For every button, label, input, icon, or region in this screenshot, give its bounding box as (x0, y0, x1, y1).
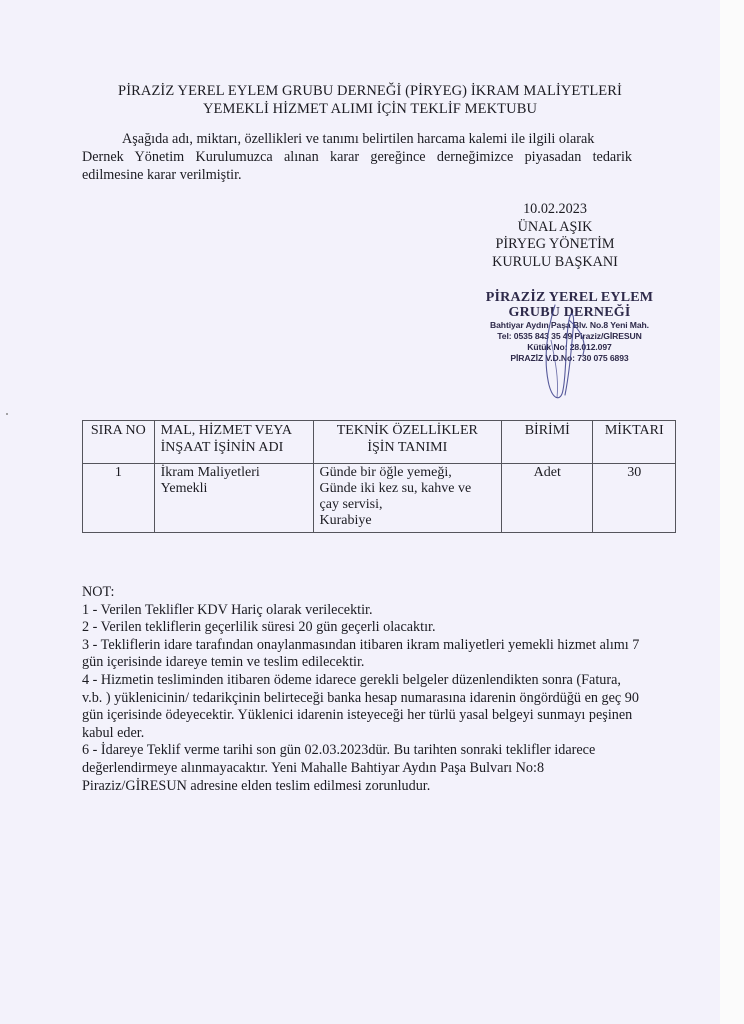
title-line: PİRAZİZ YEREL EYLEM GRUBU DERNEĞİ (PİRYE… (80, 82, 660, 100)
title-line: YEMEKLİ HİZMET ALIMI İÇİN TEKLİF MEKTUBU (80, 100, 660, 118)
header-unit: BİRİMİ (502, 421, 593, 464)
scan-speck (6, 413, 8, 415)
table-header-row: SIRA NO MAL, HİZMET VEYA İNŞAAT İŞİNİN A… (83, 421, 676, 464)
header-sira-no: SIRA NO (83, 421, 155, 464)
note-item: 2 - Verilen tekliflerin geçerlilik süres… (82, 619, 642, 637)
note-item: 6 - İdareye Teklif verme tarihi son gün … (82, 742, 642, 795)
signatory-block: 10.02.2023 ÜNAL AŞIK PİRYEG YÖNETİM KURU… (480, 201, 630, 271)
cell-sira-no: 1 (83, 464, 155, 533)
cell-item-name: İkram Maliyetleri Yemekli (154, 464, 313, 533)
header-quantity: MİKTARI (593, 421, 676, 464)
cell-quantity: 30 (593, 464, 676, 533)
notes-section: NOT: 1 - Verilen Teklifler KDV Hariç ola… (82, 584, 642, 795)
scan-edge (720, 0, 744, 1024)
header-item-name: MAL, HİZMET VEYA İNŞAAT İŞİNİN ADI (154, 421, 313, 464)
signatory-role: PİRYEG YÖNETİM (480, 236, 630, 254)
handwritten-signature-icon (525, 300, 605, 405)
intro-line: edilmesine karar verilmiştir. (82, 166, 632, 184)
notes-heading: NOT: (82, 584, 642, 602)
intro-line: Dernek Yönetim Kurulumuzca alınan karar … (82, 148, 632, 166)
table-row: 1 İkram Maliyetleri Yemekli Günde bir öğ… (83, 464, 676, 533)
cell-technical-specs: Günde bir öğle yemeği, Günde iki kez su,… (313, 464, 502, 533)
signatory-name: ÜNAL AŞIK (480, 219, 630, 237)
document-title: PİRAZİZ YEREL EYLEM GRUBU DERNEĞİ (PİRYE… (80, 82, 660, 118)
note-item: 1 - Verilen Teklifler KDV Hariç olarak v… (82, 602, 642, 620)
items-table: SIRA NO MAL, HİZMET VEYA İNŞAAT İŞİNİN A… (82, 420, 676, 533)
header-technical-specs: TEKNİK ÖZELLİKLER İŞİN TANIMI (313, 421, 502, 464)
letter-date: 10.02.2023 (480, 201, 630, 219)
signatory-role: KURULU BAŞKANI (480, 254, 630, 272)
intro-paragraph: Aşağıda adı, miktarı, özellikleri ve tan… (82, 130, 632, 184)
note-item: 4 - Hizmetin tesliminden itibaren ödeme … (82, 672, 642, 742)
note-item: 3 - Tekliflerin idare tarafından onaylan… (82, 637, 642, 672)
intro-line: Aşağıda adı, miktarı, özellikleri ve tan… (82, 130, 632, 148)
cell-unit: Adet (502, 464, 593, 533)
